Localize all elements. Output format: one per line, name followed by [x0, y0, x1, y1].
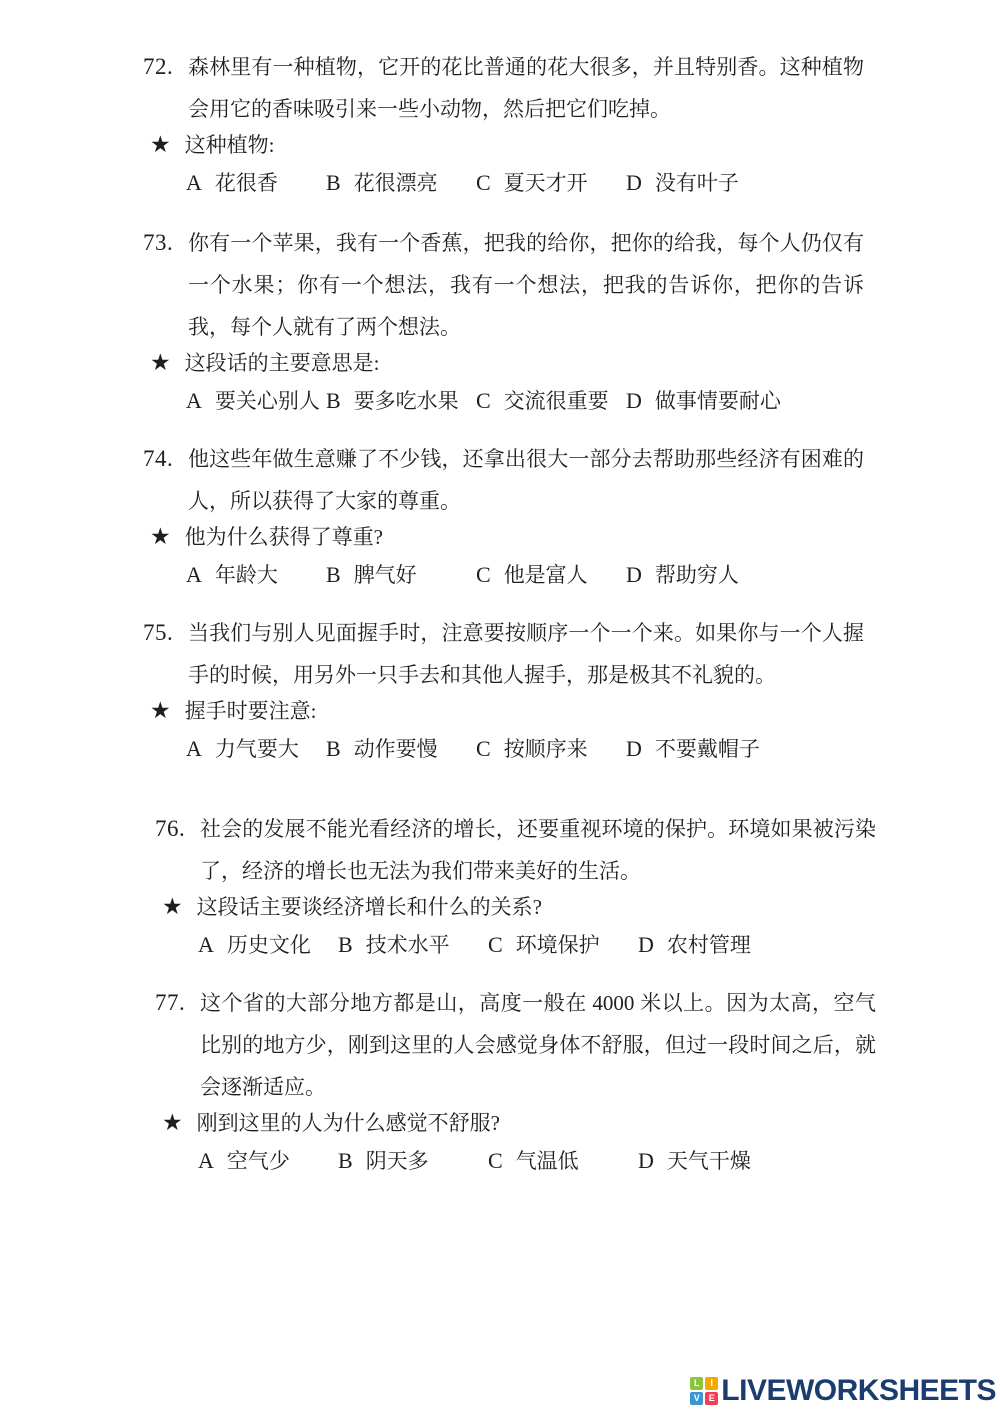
question-number: 72. [143, 46, 188, 88]
option-c[interactable]: C夏天才开 [476, 164, 626, 202]
option-letter: C [476, 388, 491, 413]
option-text: 要多吃水果 [354, 389, 459, 413]
question-number: 77. [155, 982, 200, 1024]
question-number: 73. [143, 222, 188, 264]
options-row: A花很香 B花很漂亮 C夏天才开 D没有叶子 [143, 164, 833, 202]
option-b[interactable]: B脾气好 [326, 556, 476, 594]
option-letter: B [338, 932, 353, 957]
options-row: A空气少 B阴天多 C气温低 D天气干燥 [155, 1142, 845, 1180]
option-letter: A [186, 388, 202, 413]
option-text: 花很香 [215, 171, 278, 195]
option-text: 不要戴帽子 [655, 737, 760, 761]
star-icon: ★ [150, 126, 171, 164]
question-head: 76. 社会的发展不能光看经济的增长，还要重视环境的保护。环境如果被污染了，经济… [155, 808, 1000, 892]
question-head: 75. 当我们与别人见面握手时，注意要按顺序一个一个来。如果你与一个人握手的时候… [143, 612, 1000, 696]
option-text: 做事情要耐心 [655, 389, 781, 413]
option-text: 脾气好 [354, 563, 417, 587]
option-text: 没有叶子 [655, 171, 739, 195]
question-passage: 社会的发展不能光看经济的增长，还要重视环境的保护。环境如果被污染了，经济的增长也… [200, 808, 876, 892]
question-prompt-row: ★ 这种植物: [143, 126, 1000, 164]
option-text: 动作要慢 [354, 737, 438, 761]
question-prompt-row: ★ 这段话的主要意思是: [143, 344, 1000, 382]
question-head: 72. 森林里有一种植物，它开的花比普通的花大很多，并且特别香。这种植物会用它的… [143, 46, 1000, 130]
option-letter: C [476, 170, 491, 195]
question-prompt-row: ★ 握手时要注意: [143, 692, 1000, 730]
option-letter: A [198, 932, 214, 957]
options-row: A要关心别人 B要多吃水果 C交流很重要 D做事情要耐心 [143, 382, 833, 420]
option-a[interactable]: A年龄大 [186, 556, 326, 594]
question-block-76: 76. 社会的发展不能光看经济的增长，还要重视环境的保护。环境如果被污染了，经济… [155, 808, 1000, 964]
option-letter: B [326, 388, 341, 413]
star-icon: ★ [150, 518, 171, 556]
options-row: A历史文化 B技术水平 C环境保护 D农村管理 [155, 926, 845, 964]
option-text: 力气要大 [215, 737, 299, 761]
option-text: 空气少 [227, 1149, 290, 1173]
option-letter: C [488, 932, 503, 957]
question-prompt-row: ★ 他为什么获得了尊重? [143, 518, 1000, 556]
star-icon: ★ [162, 1104, 183, 1142]
question-number: 76. [155, 808, 200, 850]
option-text: 气温低 [516, 1149, 579, 1173]
option-b[interactable]: B阴天多 [338, 1142, 488, 1180]
question-prompt: 这段话的主要意思是: [185, 344, 380, 382]
liveworksheets-wordmark: LIVEWORKSHEETS [721, 1376, 996, 1406]
logo-square-e: E [705, 1392, 718, 1405]
option-a[interactable]: A花很香 [186, 164, 326, 202]
option-d[interactable]: D做事情要耐心 [626, 382, 833, 420]
option-text: 帮助穷人 [655, 563, 739, 587]
option-letter: D [626, 562, 642, 587]
option-text: 历史文化 [227, 933, 311, 957]
liveworksheets-logo-grid-icon: L I V E [690, 1377, 718, 1405]
question-head: 74. 他这些年做生意赚了不少钱，还拿出很大一部分去帮助那些经济有困难的人，所以… [143, 438, 1000, 522]
option-text: 农村管理 [667, 933, 751, 957]
option-text: 按顺序来 [504, 737, 588, 761]
option-letter: D [626, 736, 642, 761]
option-letter: B [338, 1148, 353, 1173]
logo-square-i: I [705, 1377, 718, 1390]
question-head: 77. 这个省的大部分地方都是山，高度一般在 4000 米以上。因为太高，空气比… [155, 982, 1000, 1108]
option-letter: B [326, 562, 341, 587]
option-d[interactable]: D农村管理 [638, 926, 845, 964]
question-prompt: 握手时要注意: [185, 692, 317, 730]
option-c[interactable]: C他是富人 [476, 556, 626, 594]
question-block-72: 72. 森林里有一种植物，它开的花比普通的花大很多，并且特别香。这种植物会用它的… [143, 46, 1000, 202]
logo-square-v: V [690, 1392, 703, 1405]
options-row: A力气要大 B动作要慢 C按顺序来 D不要戴帽子 [143, 730, 833, 768]
option-letter: A [198, 1148, 214, 1173]
question-prompt-row: ★ 这段话主要谈经济增长和什么的关系? [155, 888, 1000, 926]
question-passage: 森林里有一种植物，它开的花比普通的花大很多，并且特别香。这种植物会用它的香味吸引… [188, 46, 864, 130]
logo-square-l: L [690, 1377, 703, 1390]
option-d[interactable]: D不要戴帽子 [626, 730, 833, 768]
question-prompt: 他为什么获得了尊重? [185, 518, 383, 556]
question-block-75: 75. 当我们与别人见面握手时，注意要按顺序一个一个来。如果你与一个人握手的时候… [143, 612, 1000, 768]
question-block-74: 74. 他这些年做生意赚了不少钱，还拿出很大一部分去帮助那些经济有困难的人，所以… [143, 438, 1000, 594]
question-number: 75. [143, 612, 188, 654]
option-text: 花很漂亮 [354, 171, 438, 195]
star-icon: ★ [150, 344, 171, 382]
question-block-73: 73. 你有一个苹果，我有一个香蕉，把我的给你，把你的给我，每个人仍仅有一个水果… [143, 222, 1000, 420]
worksheet-body: 72. 森林里有一种植物，它开的花比普通的花大很多，并且特别香。这种植物会用它的… [0, 0, 1000, 1180]
option-letter: B [326, 736, 341, 761]
option-d[interactable]: D没有叶子 [626, 164, 833, 202]
option-text: 天气干燥 [667, 1149, 751, 1173]
option-letter: C [476, 562, 491, 587]
option-a[interactable]: A力气要大 [186, 730, 326, 768]
option-letter: D [638, 1148, 654, 1173]
option-c[interactable]: C按顺序来 [476, 730, 626, 768]
worksheet-page: { "icons": { "star": "★" }, "questions":… [0, 0, 1000, 1414]
option-text: 要关心别人 [215, 389, 320, 413]
option-b[interactable]: B动作要慢 [326, 730, 476, 768]
option-a[interactable]: A空气少 [198, 1142, 338, 1180]
option-c[interactable]: C交流很重要 [476, 382, 626, 420]
option-text: 他是富人 [504, 563, 588, 587]
option-letter: D [626, 388, 642, 413]
question-number: 74. [143, 438, 188, 480]
option-d[interactable]: D帮助穷人 [626, 556, 833, 594]
option-a[interactable]: A要关心别人 [186, 382, 326, 420]
option-letter: A [186, 736, 202, 761]
option-letter: B [326, 170, 341, 195]
option-letter: C [488, 1148, 503, 1173]
option-d[interactable]: D天气干燥 [638, 1142, 845, 1180]
option-b[interactable]: B花很漂亮 [326, 164, 476, 202]
options-row: A年龄大 B脾气好 C他是富人 D帮助穷人 [143, 556, 833, 594]
option-letter: A [186, 562, 202, 587]
star-icon: ★ [162, 888, 183, 926]
option-text: 阴天多 [366, 1149, 429, 1173]
option-text: 年龄大 [215, 563, 278, 587]
question-prompt: 刚到这里的人为什么感觉不舒服? [197, 1104, 500, 1142]
option-letter: C [476, 736, 491, 761]
question-head: 73. 你有一个苹果，我有一个香蕉，把我的给你，把你的给我，每个人仍仅有一个水果… [143, 222, 1000, 348]
question-passage: 这个省的大部分地方都是山，高度一般在 4000 米以上。因为太高，空气比别的地方… [200, 982, 876, 1108]
question-passage: 当我们与别人见面握手时，注意要按顺序一个一个来。如果你与一个人握手的时候，用另外… [188, 612, 864, 696]
option-b[interactable]: B技术水平 [338, 926, 488, 964]
question-prompt: 这种植物: [185, 126, 275, 164]
question-passage: 你有一个苹果，我有一个香蕉，把我的给你，把你的给我，每个人仍仅有一个水果；你有一… [188, 222, 864, 348]
question-block-77: 77. 这个省的大部分地方都是山，高度一般在 4000 米以上。因为太高，空气比… [155, 982, 1000, 1180]
option-text: 交流很重要 [504, 389, 609, 413]
option-letter: D [626, 170, 642, 195]
question-prompt: 这段话主要谈经济增长和什么的关系? [197, 888, 542, 926]
option-letter: D [638, 932, 654, 957]
option-text: 环境保护 [516, 933, 600, 957]
option-b[interactable]: B要多吃水果 [326, 382, 476, 420]
question-prompt-row: ★ 刚到这里的人为什么感觉不舒服? [155, 1104, 1000, 1142]
option-a[interactable]: A历史文化 [198, 926, 338, 964]
option-c[interactable]: C环境保护 [488, 926, 638, 964]
option-text: 夏天才开 [504, 171, 588, 195]
option-text: 技术水平 [366, 933, 450, 957]
question-passage: 他这些年做生意赚了不少钱，还拿出很大一部分去帮助那些经济有困难的人，所以获得了大… [188, 438, 864, 522]
liveworksheets-logo[interactable]: L I V E LIVEWORKSHEETS [690, 1376, 996, 1406]
option-c[interactable]: C气温低 [488, 1142, 638, 1180]
star-icon: ★ [150, 692, 171, 730]
option-letter: A [186, 170, 202, 195]
